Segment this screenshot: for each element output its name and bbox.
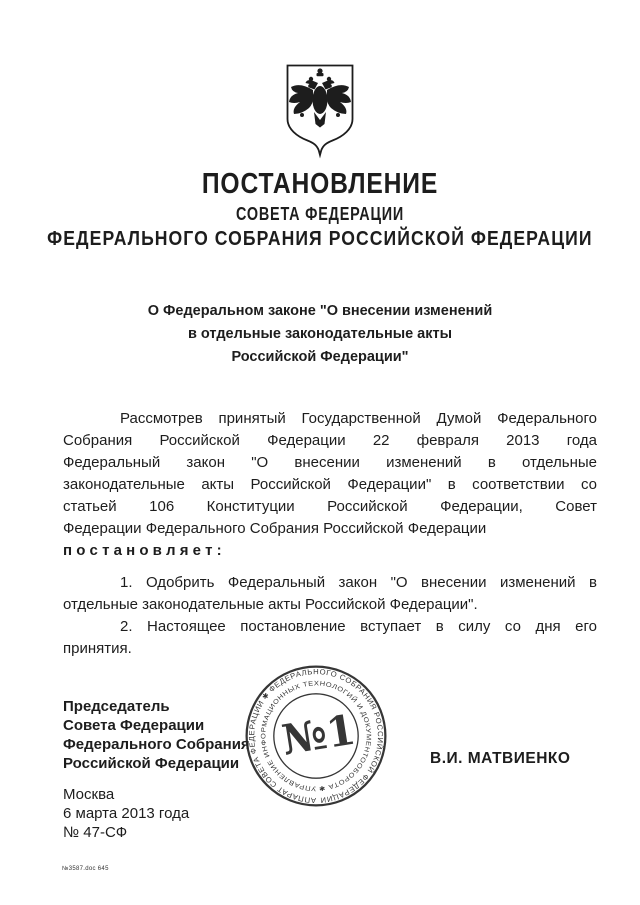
stamp-number: №1: [279, 705, 359, 765]
text-line: статьей 106 Конституции Российской Федер…: [63, 496, 597, 518]
text-line: Федеральный закон "О внесении изменений …: [63, 452, 597, 474]
doc-type-title-wrap: ПОСТАНОВЛЕНИЕ: [0, 170, 640, 199]
issuer-line-1-wrap: СОВЕТА ФЕДЕРАЦИИ: [0, 199, 640, 224]
paragraph-item-1: 1. Одобрить Федеральный закон "О внесени…: [63, 572, 597, 616]
text-line: Собрания Российской Федерации 22 февраля…: [63, 430, 597, 452]
text-line: отдельные законодательные акты Российско…: [63, 594, 597, 616]
issuer-line-2-wrap: ФЕДЕРАЛЬНОГО СОБРАНИЯ РОССИЙСКОЙ ФЕДЕРАЦ…: [0, 224, 640, 249]
document-page: ПОСТАНОВЛЕНИЕ СОВЕТА ФЕДЕРАЦИИ ФЕДЕРАЛЬН…: [0, 0, 640, 905]
text-line: Российской Федерации": [0, 346, 640, 369]
text-line: 2. Настоящее постановление вступает в си…: [63, 616, 597, 638]
double-headed-eagle-icon: [289, 68, 351, 127]
signatory-name: В.И. МАТВИЕНКО: [430, 750, 600, 768]
text-line: принятия.: [63, 638, 597, 660]
text-line: Рассмотрев принятый Государственной Думо…: [63, 408, 597, 430]
paragraph-preamble: Рассмотрев принятый Государственной Думо…: [63, 408, 597, 540]
paragraph-item-2: 2. Настоящее постановление вступает в си…: [63, 616, 597, 660]
doc-number-line: № 47-СФ: [63, 823, 283, 842]
footer-file-note: №3587.doc 645: [62, 866, 109, 872]
issuer-line-1: СОВЕТА ФЕДЕРАЦИИ: [236, 205, 404, 223]
document-header: ПОСТАНОВЛЕНИЕ СОВЕТА ФЕДЕРАЦИИ ФЕДЕРАЛЬН…: [0, 170, 640, 249]
doc-type-title: ПОСТАНОВЛЕНИЕ: [202, 170, 438, 199]
document-body: Рассмотрев принятый Государственной Думо…: [63, 408, 597, 660]
text-line: 1. Одобрить Федеральный закон "О внесени…: [63, 572, 597, 594]
coat-of-arms-icon: [282, 62, 358, 160]
place-date-block: Москва 6 марта 2013 года № 47-СФ: [63, 785, 283, 842]
place-line: Москва: [63, 785, 283, 804]
date-line: 6 марта 2013 года: [63, 804, 283, 823]
subject-title: О Федеральном законе "О внесении изменен…: [0, 300, 640, 369]
text-line: в отдельные законодательные акты: [0, 323, 640, 346]
text-line: законодательные акты Российской Федераци…: [63, 474, 597, 496]
issuer-line-2: ФЕДЕРАЛЬНОГО СОБРАНИЯ РОССИЙСКОЙ ФЕДЕРАЦ…: [47, 229, 592, 249]
resolution-word: п о с т а н о в л я е т :: [63, 540, 597, 562]
text-line: Федерации Федерального Собрания Российск…: [63, 518, 597, 540]
text-line: О Федеральном законе "О внесении изменен…: [0, 300, 640, 323]
